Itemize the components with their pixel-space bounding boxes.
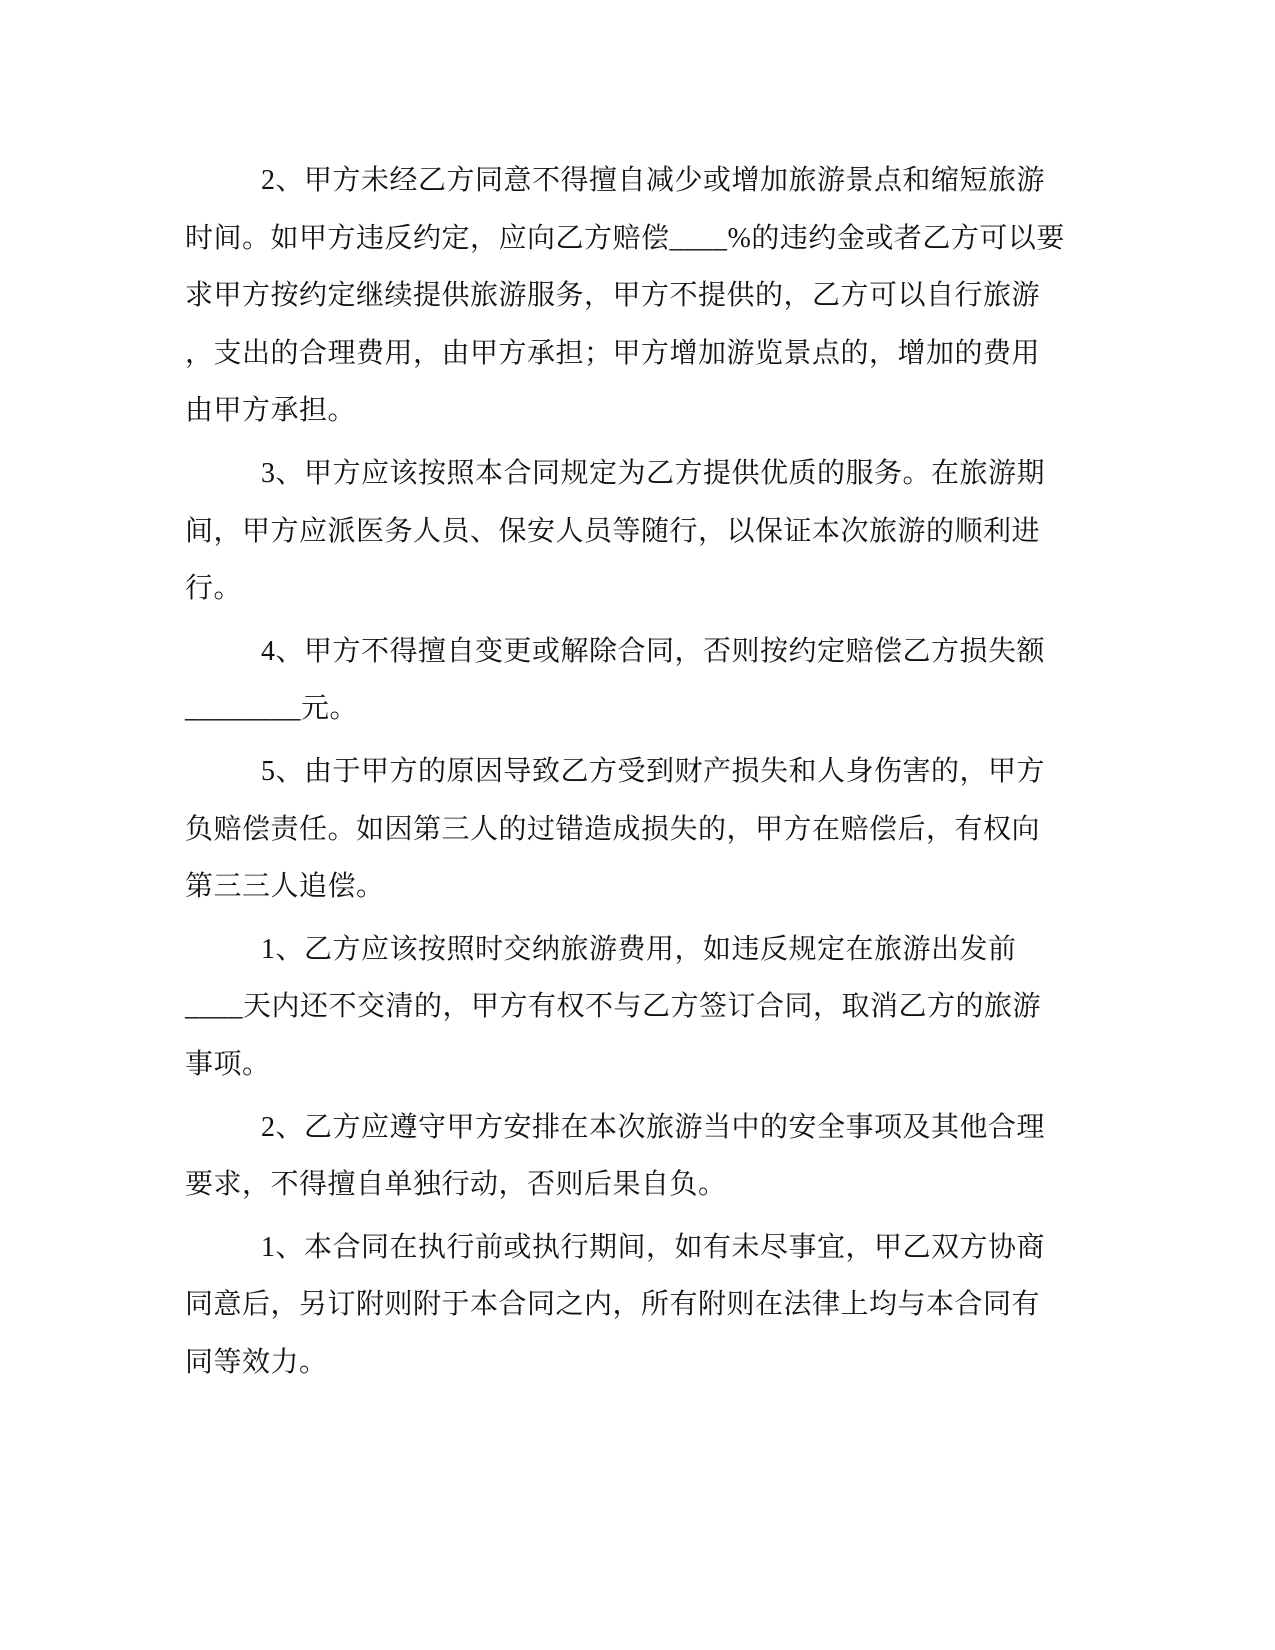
contract-line: 求甲方按约定继续提供旅游服务，甲方不提供的，乙方可以自行旅游: [185, 267, 1090, 325]
contract-line: 4、甲方不得擅自变更或解除合同，否则按约定赔偿乙方损失额: [185, 623, 1090, 681]
contract-line: 时间。如甲方违反约定，应向乙方赔偿____%的违约金或者乙方可以要: [185, 210, 1090, 268]
contract-paragraph: 1、乙方应该按照时交纳旅游费用，如违反规定在旅游出发前 ____天内还不交清的，…: [185, 921, 1090, 1094]
contract-line: 行。: [185, 560, 1090, 618]
contract-line: 2、甲方未经乙方同意不得擅自减少或增加旅游景点和缩短旅游: [185, 152, 1090, 210]
document-page: 2、甲方未经乙方同意不得擅自减少或增加旅游景点和缩短旅游 时间。如甲方违反约定，…: [0, 0, 1275, 1650]
contract-line: 3、甲方应该按照本合同规定为乙方提供优质的服务。在旅游期: [185, 445, 1090, 503]
contract-line: 同等效力。: [185, 1334, 1090, 1392]
contract-line: 同意后，另订附则附于本合同之内，所有附则在法律上均与本合同有: [185, 1276, 1090, 1334]
contract-line: 要求，不得擅自单独行动，否则后果自负。: [185, 1156, 1090, 1214]
contract-line: ，支出的合理费用，由甲方承担；甲方增加游览景点的，增加的费用: [185, 325, 1090, 383]
contract-line: 1、本合同在执行前或执行期间，如有未尽事宜，甲乙双方协商: [185, 1219, 1090, 1277]
contract-line: 由甲方承担。: [185, 382, 1090, 440]
contract-line: 事项。: [185, 1036, 1090, 1094]
contract-line: 1、乙方应该按照时交纳旅游费用，如违反规定在旅游出发前: [185, 921, 1090, 979]
contract-paragraph: 4、甲方不得擅自变更或解除合同，否则按约定赔偿乙方损失额 ________元。: [185, 623, 1090, 738]
contract-line: 间，甲方应派医务人员、保安人员等随行，以保证本次旅游的顺利进: [185, 503, 1090, 561]
contract-paragraph: 5、由于甲方的原因导致乙方受到财产损失和人身伤害的，甲方 负赔偿责任。如因第三人…: [185, 743, 1090, 916]
contract-paragraph: 2、甲方未经乙方同意不得擅自减少或增加旅游景点和缩短旅游 时间。如甲方违反约定，…: [185, 152, 1090, 440]
contract-line: ____天内还不交清的，甲方有权不与乙方签订合同，取消乙方的旅游: [185, 978, 1090, 1036]
contract-paragraph: 2、乙方应遵守甲方安排在本次旅游当中的安全事项及其他合理 要求，不得擅自单独行动…: [185, 1099, 1090, 1214]
contract-line: 2、乙方应遵守甲方安排在本次旅游当中的安全事项及其他合理: [185, 1099, 1090, 1157]
contract-line: 5、由于甲方的原因导致乙方受到财产损失和人身伤害的，甲方: [185, 743, 1090, 801]
contract-paragraph: 1、本合同在执行前或执行期间，如有未尽事宜，甲乙双方协商 同意后，另订附则附于本…: [185, 1219, 1090, 1392]
contract-body: 2、甲方未经乙方同意不得擅自减少或增加旅游景点和缩短旅游 时间。如甲方违反约定，…: [185, 152, 1090, 1391]
contract-line: 第三三人追偿。: [185, 858, 1090, 916]
contract-line: ________元。: [185, 680, 1090, 738]
contract-paragraph: 3、甲方应该按照本合同规定为乙方提供优质的服务。在旅游期 间，甲方应派医务人员、…: [185, 445, 1090, 618]
contract-line: 负赔偿责任。如因第三人的过错造成损失的，甲方在赔偿后，有权向: [185, 801, 1090, 859]
